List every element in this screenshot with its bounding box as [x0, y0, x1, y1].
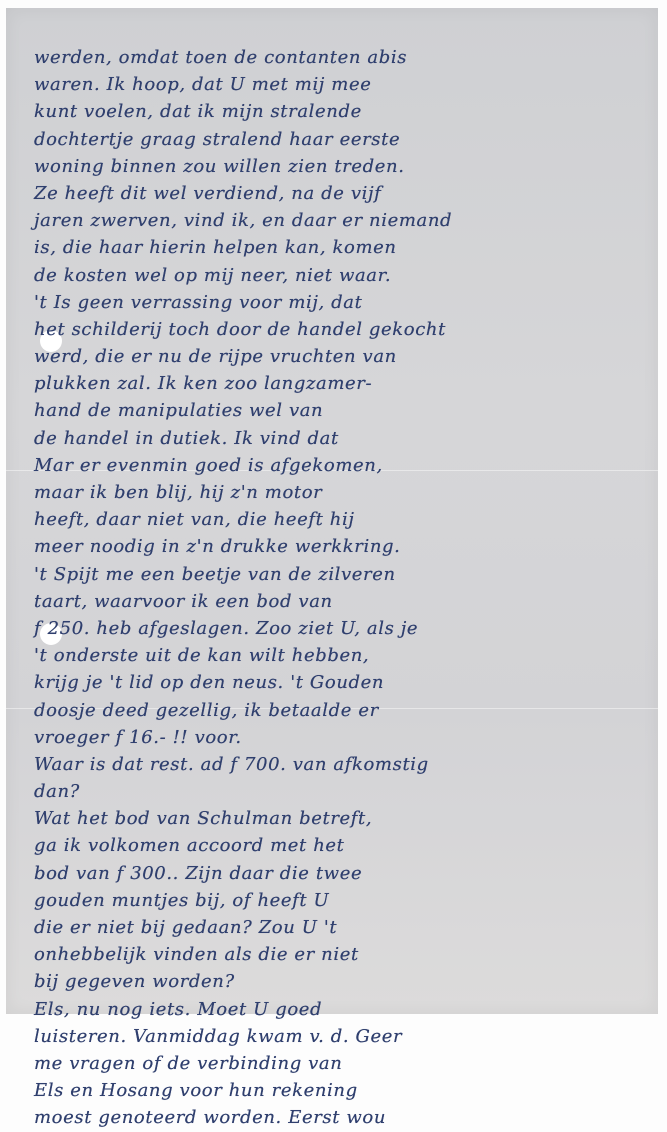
text-line: bod van f 300.. Zijn daar die twee — [34, 860, 644, 887]
text-line: dan? — [34, 778, 644, 805]
text-line: die er niet bij gedaan? Zou U 't — [34, 914, 644, 941]
text-line: 't Is geen verrassing voor mij, dat — [34, 289, 644, 316]
text-line: werd, die er nu de rijpe vruchten van — [34, 343, 644, 370]
text-line: dochtertje graag stralend haar eerste — [34, 126, 644, 153]
text-line: krijg je 't lid op den neus. 't Gouden — [34, 669, 644, 696]
text-line: is, die haar hierin helpen kan, komen — [34, 234, 644, 261]
text-line: woning binnen zou willen zien treden. — [34, 153, 644, 180]
text-line: Waar is dat rest. ad f 700. van afkomsti… — [34, 751, 644, 778]
text-line: 't Spijt me een beetje van de zilveren — [34, 561, 644, 588]
text-line: Els, nu nog iets. Moet U goed — [34, 996, 644, 1023]
text-line: het schilderij toch door de handel gekoc… — [34, 316, 644, 343]
text-line: 't onderste uit de kan wilt hebben, — [34, 642, 644, 669]
text-line: f 250. heb afgeslagen. Zoo ziet U, als j… — [34, 615, 644, 642]
letter-page: werden, omdat toen de contanten abis war… — [6, 8, 658, 1014]
text-line: Mar er evenmin goed is afgekomen, — [34, 452, 644, 479]
text-line: plukken zal. Ik ken zoo langzamer- — [34, 370, 644, 397]
handwritten-text: werden, omdat toen de contanten abis war… — [34, 44, 644, 1024]
text-line: taart, waarvoor ik een bod van — [34, 588, 644, 615]
text-line: de handel in dutiek. Ik vind dat — [34, 425, 644, 452]
text-line: gouden muntjes bij, of heeft U — [34, 887, 644, 914]
text-line: doosje deed gezellig, ik betaalde er — [34, 697, 644, 724]
text-line: ga ik volkomen accoord met het — [34, 832, 644, 859]
text-line: jaren zwerven, vind ik, en daar er niema… — [34, 207, 644, 234]
text-line: waren. Ik hoop, dat U met mij mee — [34, 71, 644, 98]
text-line: bij gegeven worden? — [34, 968, 644, 995]
text-line: onhebbelijk vinden als die er niet — [34, 941, 644, 968]
text-line: Wat het bod van Schulman betreft, — [34, 805, 644, 832]
text-line: maar ik ben blij, hij z'n motor — [34, 479, 644, 506]
text-line: meer noodig in z'n drukke werkkring. — [34, 533, 644, 560]
text-line: vroeger f 16.- !! voor. — [34, 724, 644, 751]
text-line: werden, omdat toen de contanten abis — [34, 44, 644, 71]
text-line: de kosten wel op mij neer, niet waar. — [34, 262, 644, 289]
text-line: Ze heeft dit wel verdiend, na de vijf — [34, 180, 644, 207]
text-line: hand de manipulaties wel van — [34, 397, 644, 424]
text-line: heeft, daar niet van, die heeft hij — [34, 506, 644, 533]
text-line: kunt voelen, dat ik mijn stralende — [34, 98, 644, 125]
